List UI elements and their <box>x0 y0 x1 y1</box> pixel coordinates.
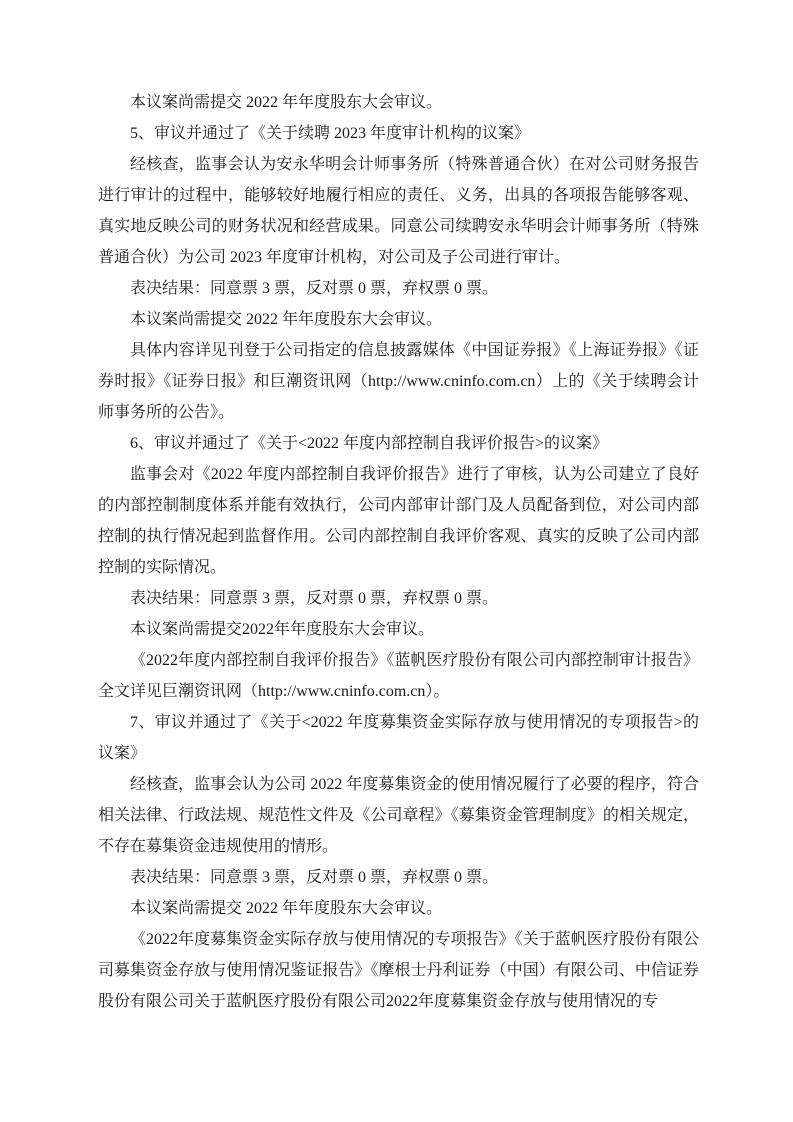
paragraph-5: 本议案尚需提交 2022 年年度股东大会审议。 <box>98 304 699 335</box>
paragraph-16: 《2022年度募集资金实际存放与使用情况的专项报告》《关于蓝帆医疗股份有限公司募… <box>98 924 699 1017</box>
paragraph-15: 本议案尚需提交 2022 年年度股东大会审议。 <box>98 893 699 924</box>
paragraph-7: 6、审议并通过了《关于<2022 年度内部控制自我评价报告>的议案》 <box>98 428 699 459</box>
paragraph-3: 经核查，监事会认为安永华明会计师事务所（特殊普通合伙）在对公司财务报告进行审计的… <box>98 149 699 273</box>
paragraph-12: 7、审议并通过了《关于<2022 年度募集资金实际存放与使用情况的专项报告>的议… <box>98 707 699 769</box>
paragraph-13: 经核查，监事会认为公司 2022 年度募集资金的使用情况履行了必要的程序，符合相… <box>98 769 699 862</box>
paragraph-10: 本议案尚需提交2022年年度股东大会审议。 <box>98 614 699 645</box>
paragraph-1: 本议案尚需提交 2022 年年度股东大会审议。 <box>98 87 699 118</box>
paragraph-4: 表决结果：同意票 3 票，反对票 0 票，弃权票 0 票。 <box>98 273 699 304</box>
document-body: 本议案尚需提交 2022 年年度股东大会审议。5、审议并通过了《关于续聘 202… <box>98 87 699 1017</box>
document-page: 本议案尚需提交 2022 年年度股东大会审议。5、审议并通过了《关于续聘 202… <box>0 0 793 1122</box>
paragraph-2: 5、审议并通过了《关于续聘 2023 年度审计机构的议案》 <box>98 118 699 149</box>
paragraph-6: 具体内容详见刊登于公司指定的信息披露媒体《中国证券报》《上海证券报》《证券时报》… <box>98 335 699 428</box>
paragraph-9: 表决结果：同意票 3 票，反对票 0 票，弃权票 0 票。 <box>98 583 699 614</box>
paragraph-8: 监事会对《2022 年度内部控制自我评价报告》进行了审核，认为公司建立了良好的内… <box>98 459 699 583</box>
paragraph-14: 表决结果：同意票 3 票，反对票 0 票，弃权票 0 票。 <box>98 862 699 893</box>
paragraph-11: 《2022年度内部控制自我评价报告》《蓝帆医疗股份有限公司内部控制审计报告》全文… <box>98 645 699 707</box>
